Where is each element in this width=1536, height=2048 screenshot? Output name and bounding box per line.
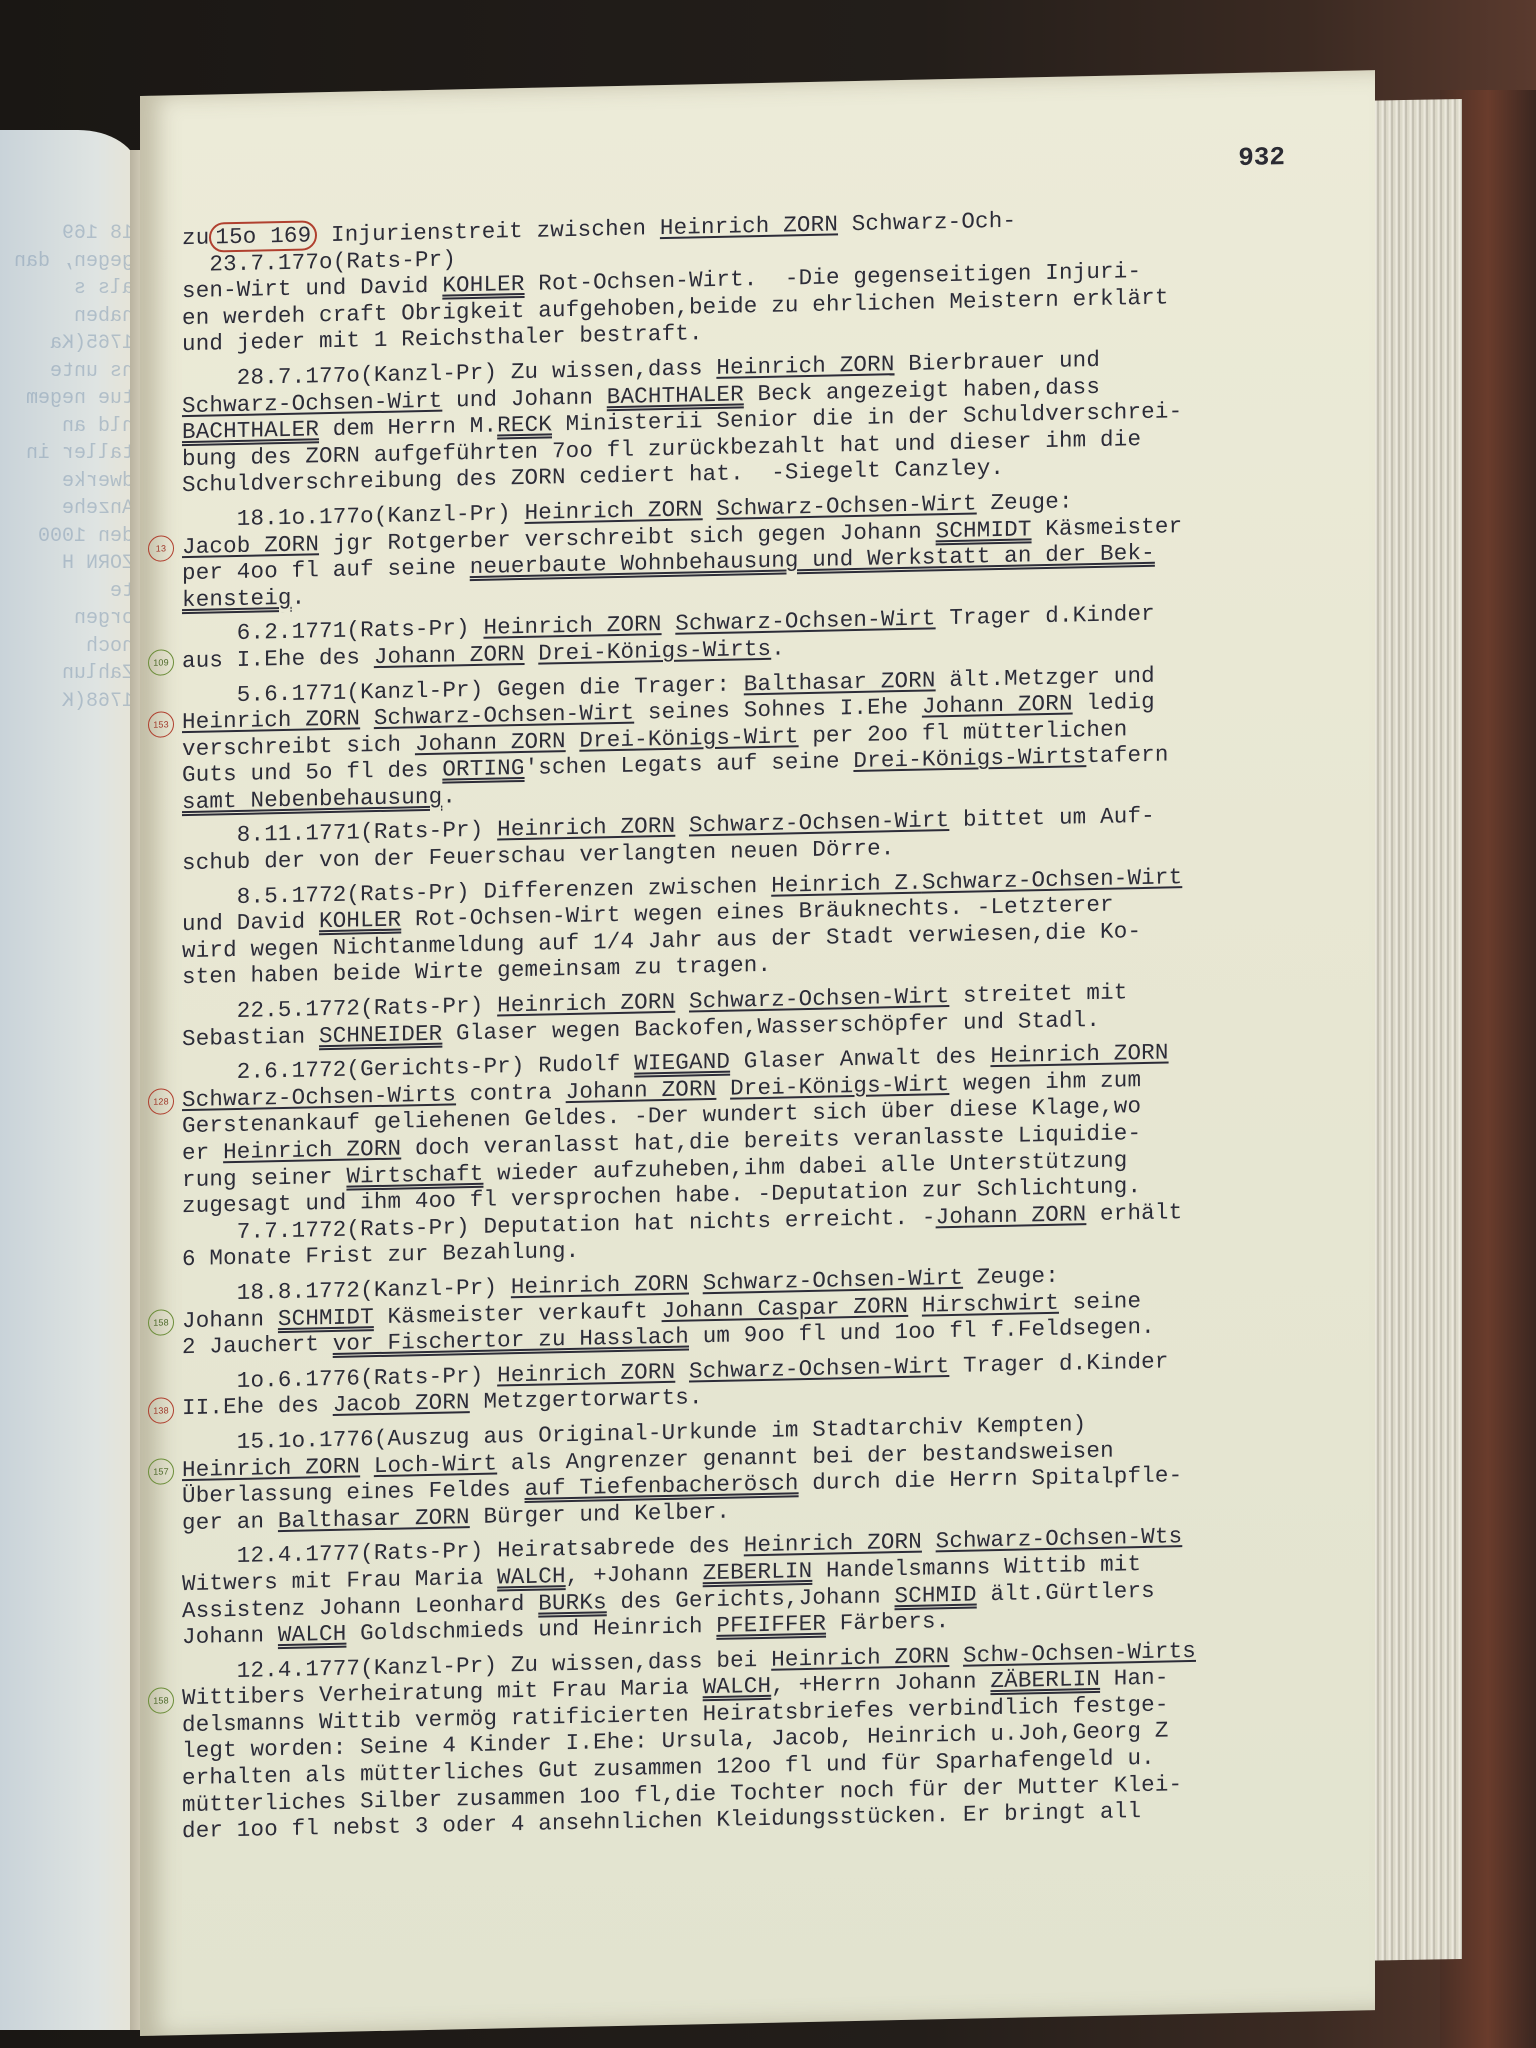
margin-reference-circle: 153 [148, 711, 174, 738]
margin-reference-circle: 158 [148, 1309, 174, 1336]
record-entry: 12.4.1777(Rats-Pr) Heiratsabrede des Hei… [182, 1520, 1332, 1650]
circled-reference: 15o 169 [209, 220, 317, 252]
margin-reference-circle: 158 [148, 1687, 174, 1714]
record-entry: 153 5.6.1771(Kanzl-Pr) Gegen die Trager:… [182, 659, 1332, 816]
margin-reference-circle: 13 [148, 535, 174, 562]
page-number: 932 [1238, 142, 1285, 173]
record-entry: 28.7.177o(Kanzl-Pr) Zu wissen,dass Heinr… [182, 342, 1332, 499]
right-page: 932 zu15o 169 Injurienstreit zwischen He… [140, 70, 1375, 2036]
margin-reference-circle: 128 [148, 1089, 174, 1116]
margin-reference-circle: 157 [148, 1458, 174, 1485]
typed-text-block: zu15o 169 Injurienstreit zwischen Heinri… [182, 201, 1332, 1853]
record-entry: 158 12.4.1777(Kanzl-Pr) Zu wissen,dass b… [182, 1635, 1332, 1845]
record-entry: zu15o 169 Injurienstreit zwischen Heinri… [182, 201, 1332, 358]
record-entry: 128 2.6.1772(Gerichts-Pr) Rudolf WIEGAND… [182, 1036, 1332, 1273]
record-entry: 13 18.1o.177o(Kanzl-Pr) Heinrich ZORN Sc… [182, 483, 1332, 613]
record-entry: 158 18.8.1772(Kanzl-Pr) Heinrich ZORN Sc… [182, 1257, 1332, 1361]
left-page-bleed-text: 18 169 gegen, dan als s haben 1765(Ka ns… [4, 220, 134, 715]
left-page: 18 169 gegen, dan als s haben 1765(Ka ns… [0, 130, 138, 2030]
record-entry: 157 15.1o.1776(Auszug aus Original-Urkun… [182, 1406, 1332, 1536]
margin-reference-circle: 138 [148, 1397, 174, 1424]
margin-reference-circle: 109 [148, 650, 174, 677]
record-entry: 8.5.1772(Rats-Pr) Differenzen zwischen H… [182, 861, 1332, 991]
